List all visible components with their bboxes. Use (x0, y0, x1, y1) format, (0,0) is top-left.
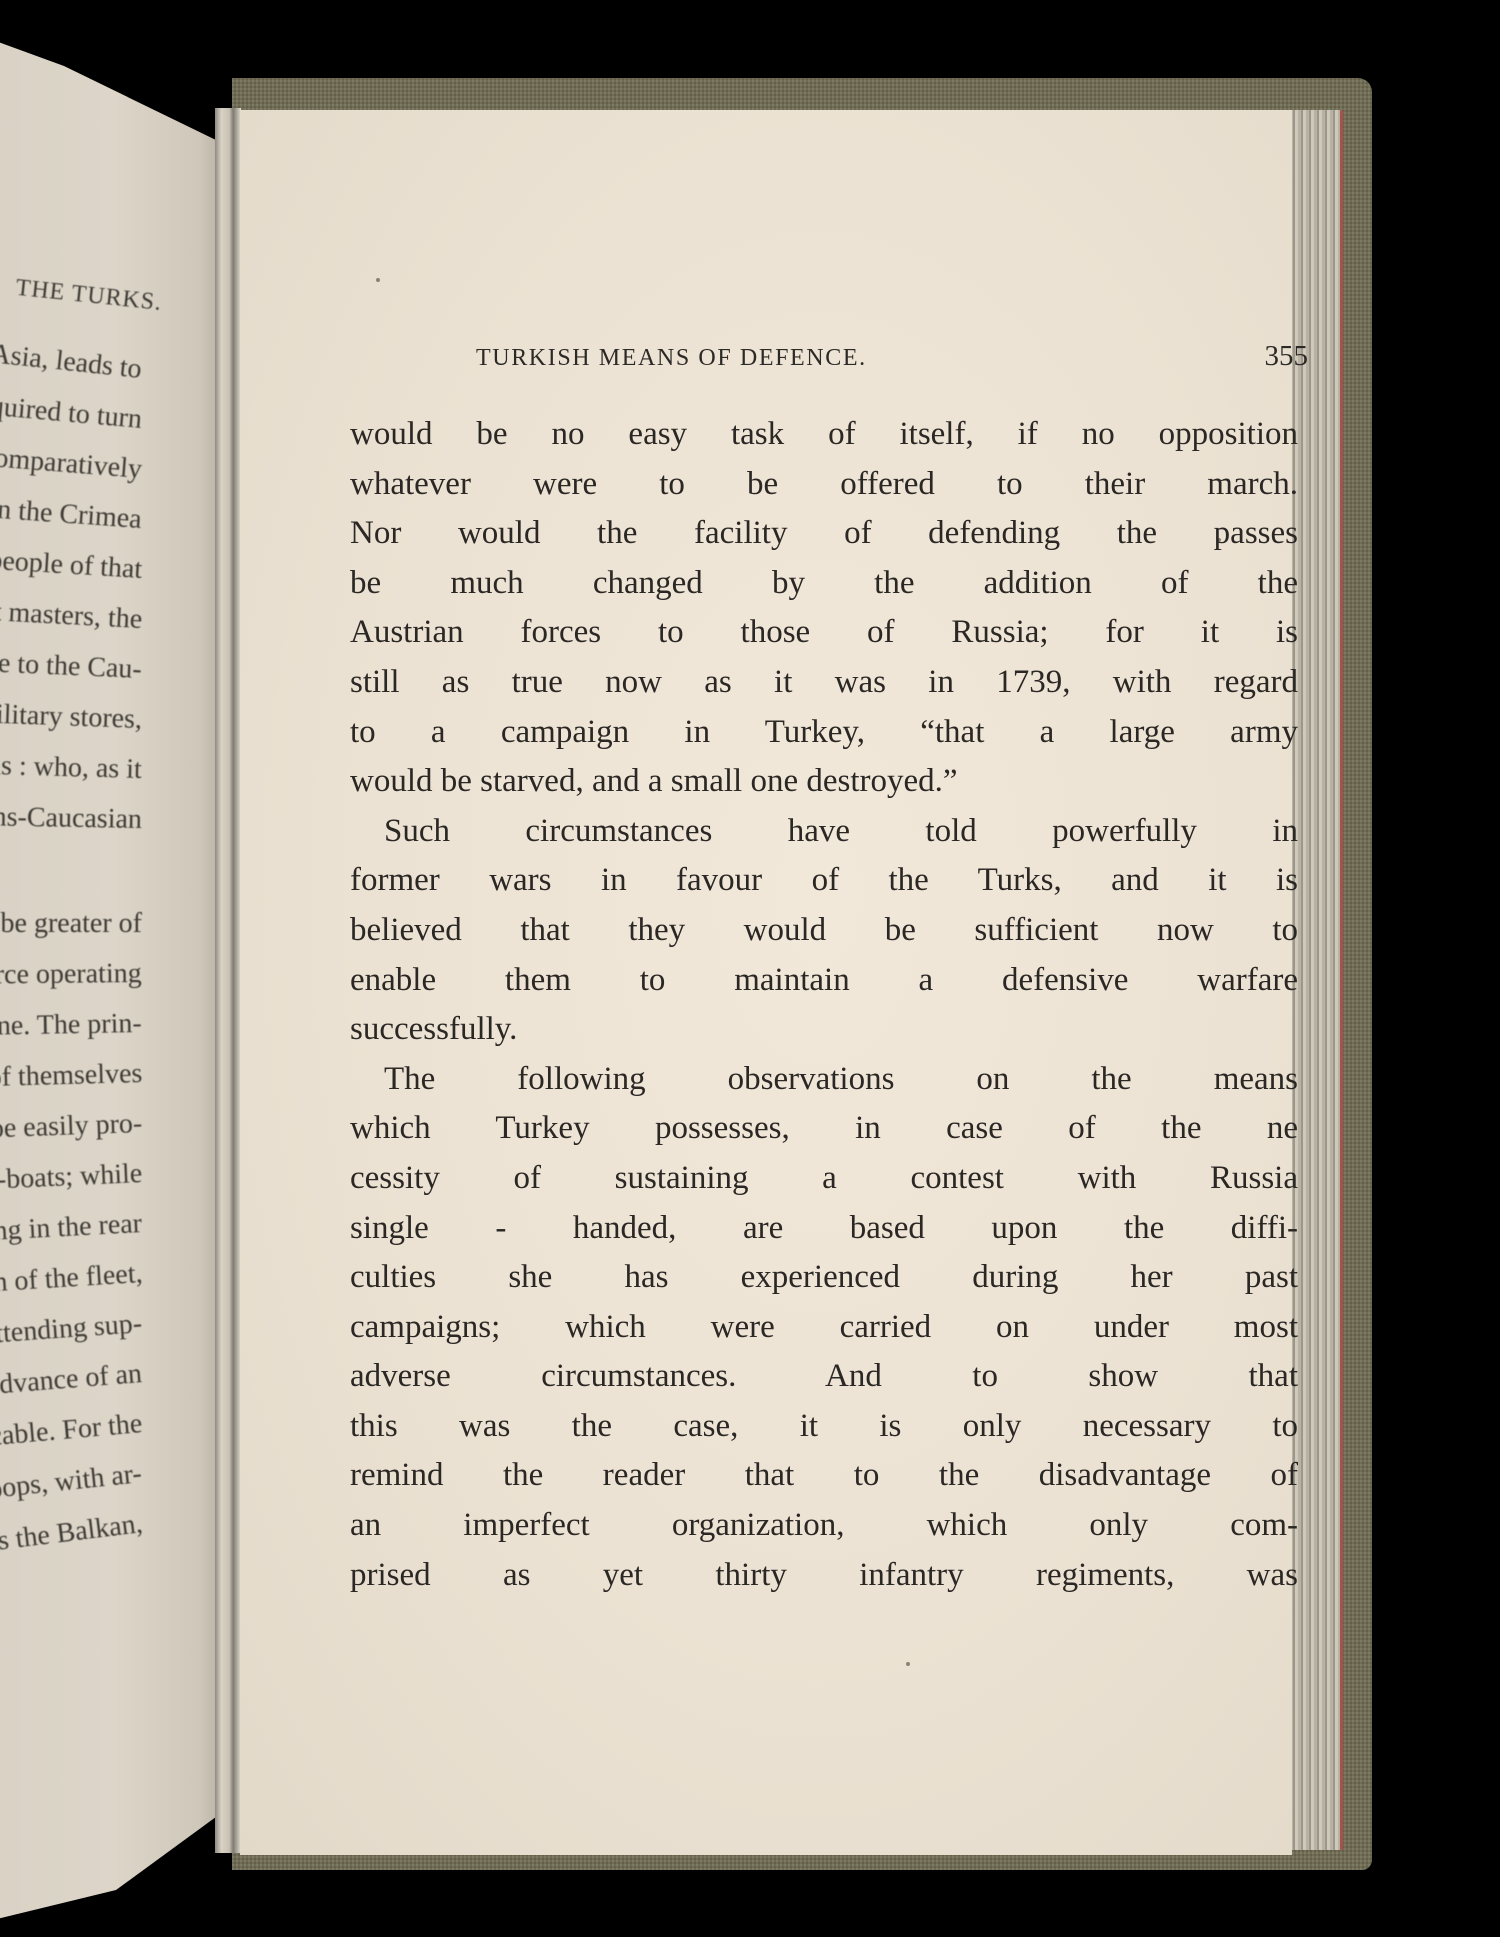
text-line: former wars in favour of the Turks, and … (350, 856, 1298, 906)
left-line: a force operating (0, 958, 142, 992)
text-line: remind the reader that to the disadvanta… (350, 1451, 1298, 1501)
left-line: A comparatively (0, 439, 143, 485)
paragraph-start-line: Such circumstances have told powerfully … (350, 807, 1298, 857)
left-line: l gun-boats; while (0, 1158, 143, 1199)
text-line: enable them to maintain a defensive warf… (350, 956, 1298, 1006)
running-title: TURKISH MEANS OF DEFENCE. (476, 345, 867, 372)
left-line: e are of themselves (0, 1058, 142, 1096)
left-line: ussians : who, as it (0, 748, 142, 786)
book-gutter (215, 108, 241, 1853)
left-line: he advance of an (0, 1358, 143, 1405)
left-running-head: THE TURKS. (14, 275, 163, 317)
text-line: an imperfect organization, which only co… (350, 1501, 1298, 1551)
left-line: tection of the fleet, (0, 1258, 143, 1303)
left-line: the people of that (0, 542, 143, 586)
text-line: prised as yet thirty infantry regiments,… (350, 1551, 1298, 1601)
text-line: be much changed by the addition of the (350, 559, 1298, 609)
text-line: campaigns; which were carried on under m… (350, 1303, 1298, 1353)
text-line: still as true now as it was in 1739, wit… (350, 658, 1298, 708)
left-line: ir trans-Caucasian (0, 800, 142, 836)
left-page-text: THE TURKS. ts in Asia, leads to is requi… (0, 28, 190, 1928)
text-line: which Turkey possesses, in case of the n… (350, 1104, 1298, 1154)
right-page: TURKISH MEANS OF DEFENCE. 355 would be n… (240, 110, 1292, 1855)
paper-speck (376, 278, 380, 282)
text-line: single - handed, are based upon the diff… (350, 1204, 1298, 1254)
page-number: 355 (1265, 340, 1309, 373)
left-line: led in the Crimea (0, 491, 143, 536)
left-line: uld be easily pro- (0, 1108, 143, 1147)
text-line: believed that they would be sufficient n… (350, 906, 1298, 956)
text-line: culties she has experienced during her p… (350, 1253, 1298, 1303)
left-facing-page: THE TURKS. ts in Asia, leads to is requi… (0, 28, 220, 1928)
text-line: would be starved, and a small one destro… (350, 757, 1298, 807)
text-line: Austrian forces to those of Russia; for … (350, 608, 1298, 658)
text-line: whatever were to be offered to their mar… (350, 460, 1298, 510)
paragraph-start-line: The following observations on the means (350, 1055, 1298, 1105)
text-line: Nor would the facility of defending the … (350, 509, 1298, 559)
left-line: acting in the rear (0, 1208, 143, 1250)
left-line: is required to turn (0, 387, 143, 436)
left-line: ncient masters, the (0, 593, 143, 636)
text-line: successfully. (350, 1005, 1298, 1055)
running-head: TURKISH MEANS OF DEFENCE. 355 (472, 340, 1308, 373)
text-line: would be no easy task of itself, if no o… (350, 410, 1298, 460)
left-line: cely be greater of (0, 908, 142, 940)
text-line: adverse circumstances. And to show that (350, 1352, 1298, 1402)
left-line: nd military stores, (0, 697, 143, 736)
left-line: f troops, with ar- (0, 1458, 144, 1509)
left-line: oss the Balkan, (0, 1508, 144, 1561)
left-line: ts in Asia, leads to (0, 333, 144, 386)
paper-speck (906, 1662, 910, 1666)
left-line: ance to the Cau- (0, 646, 143, 686)
left-line: cticable. For the (0, 1408, 143, 1456)
left-line: uxine. The prin- (0, 1008, 142, 1043)
text-line: this was the case, it is only necessary … (350, 1402, 1298, 1452)
text-line: to a campaign in Turkey, “that a large a… (350, 708, 1298, 758)
left-line: lty attending sup- (0, 1308, 143, 1354)
text-line: cessity of sustaining a contest with Rus… (350, 1154, 1298, 1204)
body-text: would be no easy task of itself, if no o… (350, 410, 1298, 1600)
